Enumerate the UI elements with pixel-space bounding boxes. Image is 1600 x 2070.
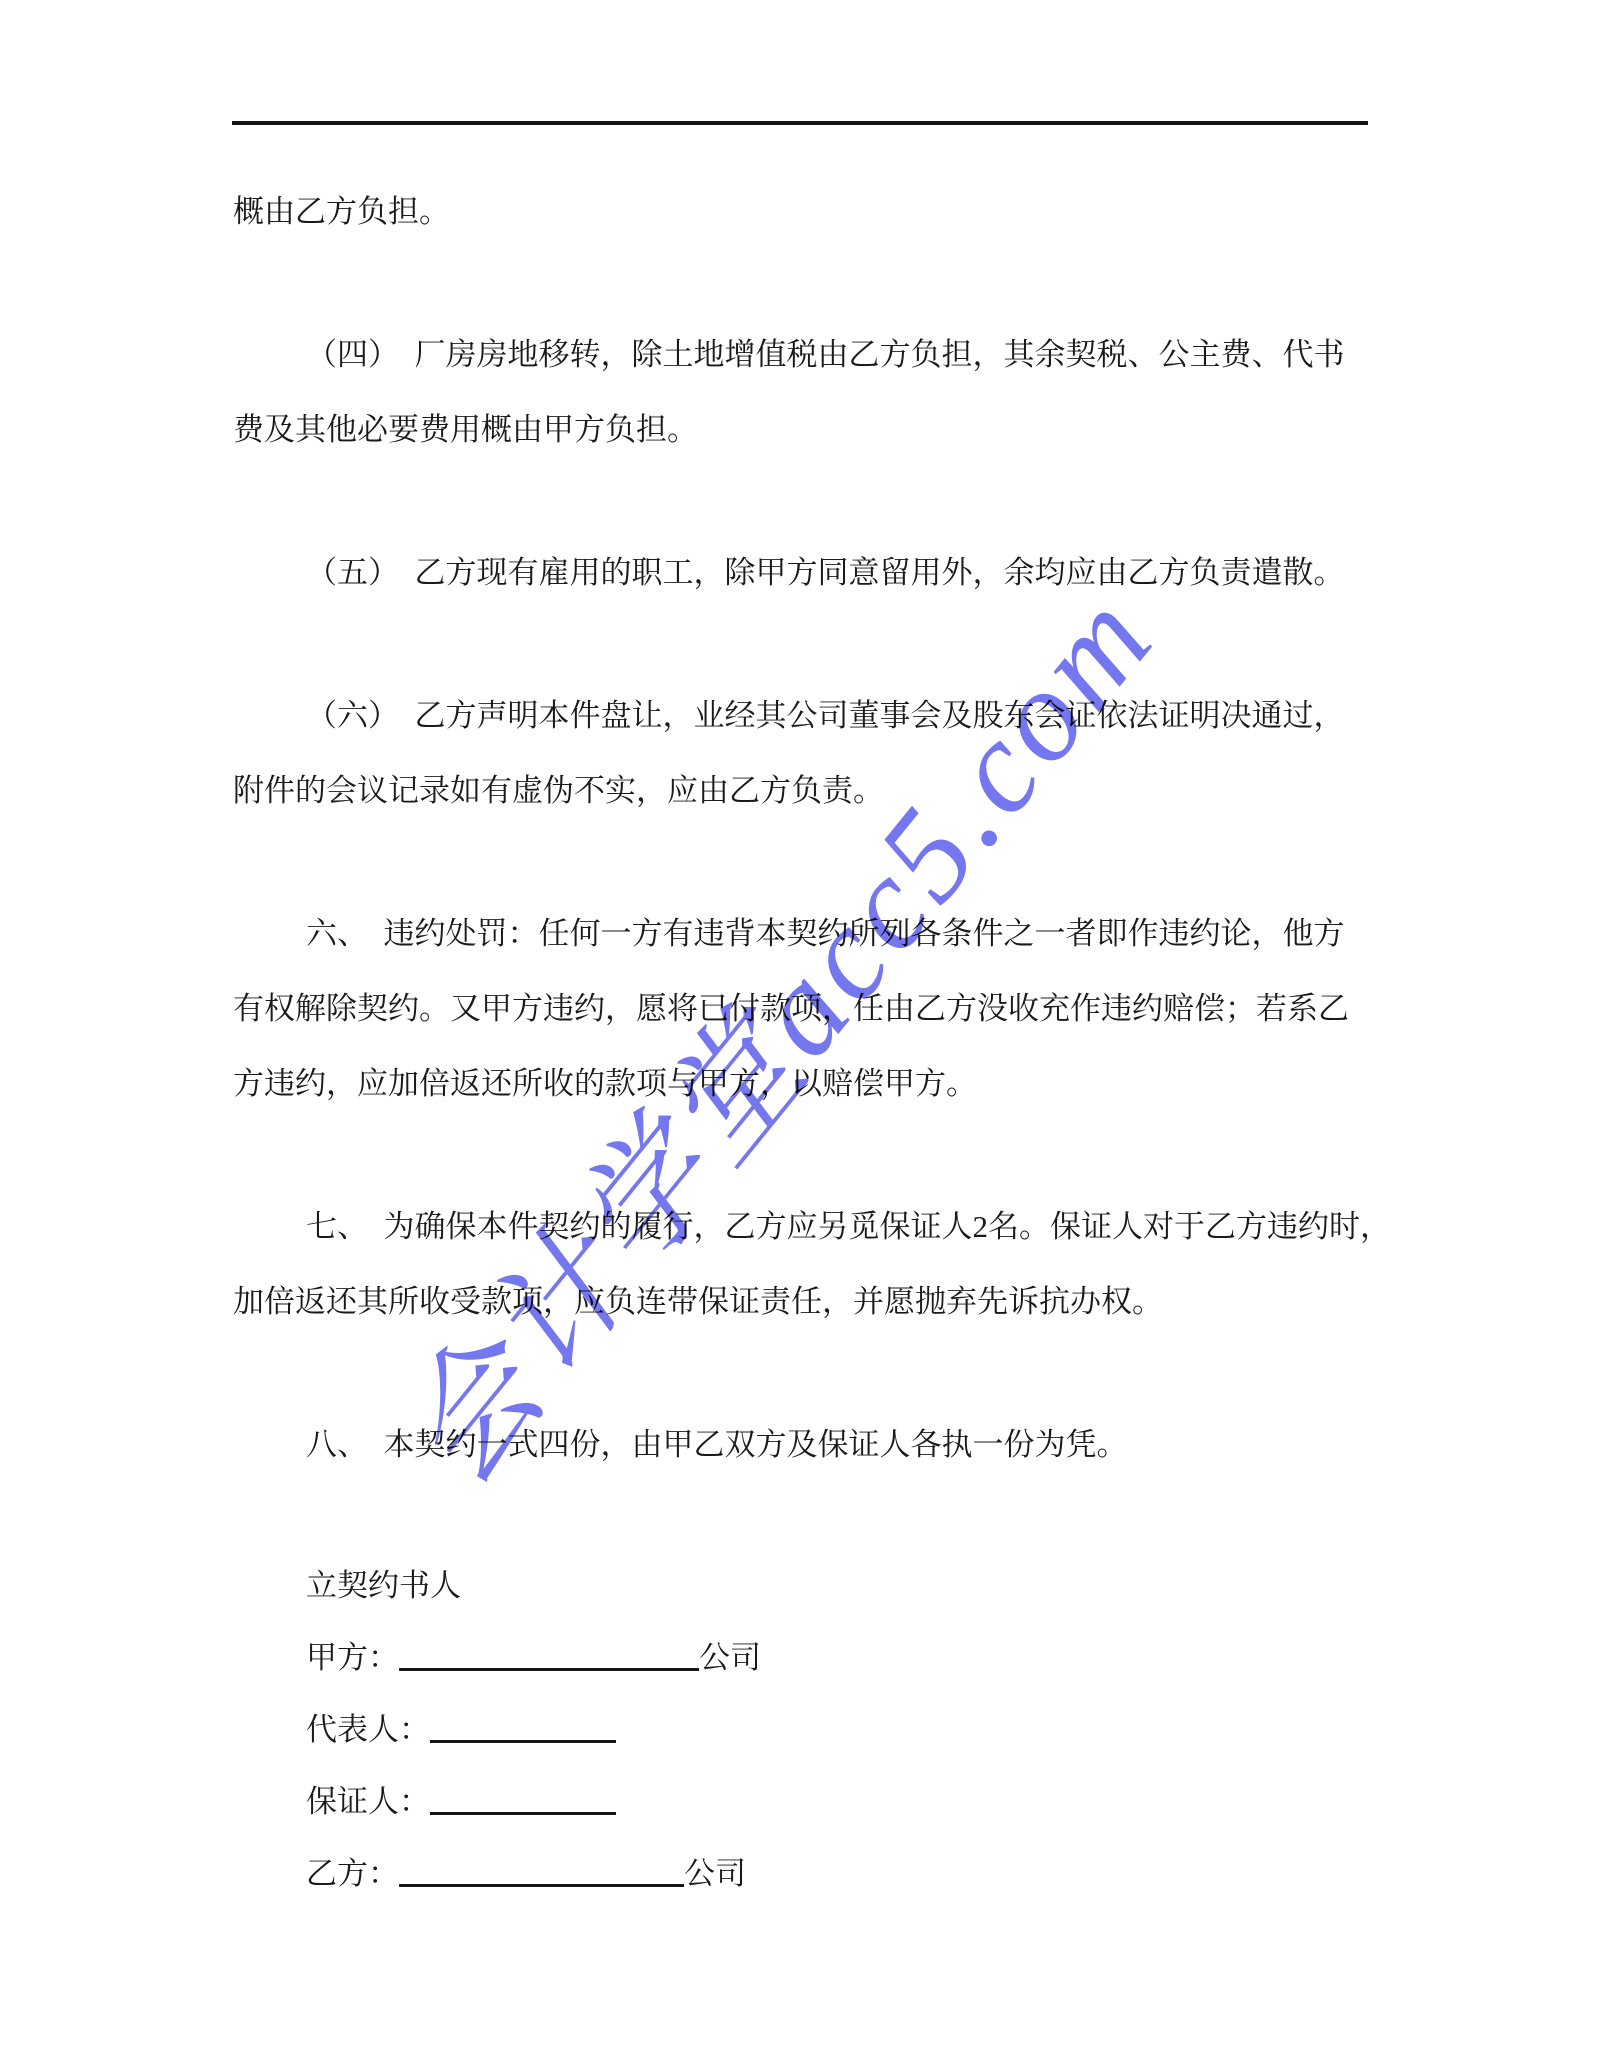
signature-label: 乙方： xyxy=(306,1856,399,1891)
paragraph-line: 附件的会议记录如有虚伪不实，应由乙方负责。 xyxy=(233,753,1373,828)
signature-suffix: 公司 xyxy=(699,1640,761,1675)
paragraph-line: 方违约，应加倍返还所收的款项与甲方，以赔偿甲方。 xyxy=(233,1046,1373,1121)
paragraph-line: 六、 违约处罚：任何一方有违背本契约所列各条件之一者即作违约论，他方 xyxy=(233,896,1373,971)
signature-row: 保证人： xyxy=(233,1766,1373,1838)
signature-rows: 甲方：公司代表人：保证人：乙方：公司 xyxy=(233,1622,1373,1910)
signature-block: 立契约书人 甲方：公司代表人：保证人：乙方：公司 xyxy=(233,1550,1373,1910)
paragraph-line: 八、 本契约一式四份，由甲乙双方及保证人各执一份为凭。 xyxy=(233,1407,1373,1482)
paragraph: （五） 乙方现有雇用的职工，除甲方同意留用外，余均应由乙方负责遣散。 xyxy=(233,535,1373,610)
paragraph-line: （六） 乙方声明本件盘让，业经其公司董事会及股东会证依法证明决通过， xyxy=(233,678,1373,753)
signature-row: 乙方：公司 xyxy=(233,1838,1373,1910)
header-rule xyxy=(232,121,1368,125)
signature-row: 甲方：公司 xyxy=(233,1622,1373,1694)
paragraph: 七、 为确保本件契约的履行，乙方应另觅保证人2名。保证人对于乙方违约时，加倍返还… xyxy=(233,1189,1373,1339)
paragraph-line: 费及其他必要费用概由甲方负担。 xyxy=(233,392,1373,467)
paragraphs: 概由乙方负担。（四） 厂房房地移转，除土地增值税由乙方负担，其余契税、公主费、代… xyxy=(233,174,1373,1482)
signature-suffix: 公司 xyxy=(684,1856,746,1891)
paragraph-line: 有权解除契约。又甲方违约，愿将已付款项，任由乙方没收充作违约赔偿；若系乙 xyxy=(233,971,1373,1046)
signature-label: 代表人： xyxy=(306,1712,430,1747)
document-page: 概由乙方负担。（四） 厂房房地移转，除土地增值税由乙方负担，其余契税、公主费、代… xyxy=(0,0,1600,2070)
paragraph: （四） 厂房房地移转，除土地增值税由乙方负担，其余契税、公主费、代书费及其他必要… xyxy=(233,317,1373,467)
paragraph: 概由乙方负担。 xyxy=(233,174,1373,249)
signature-label: 甲方： xyxy=(306,1640,399,1675)
paragraph-line: 七、 为确保本件契约的履行，乙方应另觅保证人2名。保证人对于乙方违约时， xyxy=(233,1189,1373,1264)
paragraph-line: 加倍返还其所收受款项，应负连带保证责任，并愿抛弃先诉抗办权。 xyxy=(233,1264,1373,1339)
paragraph-line: （四） 厂房房地移转，除土地增值税由乙方负担，其余契税、公主费、代书 xyxy=(233,317,1373,392)
signature-row: 代表人： xyxy=(233,1694,1373,1766)
paragraph-line: （五） 乙方现有雇用的职工，除甲方同意留用外，余均应由乙方负责遣散。 xyxy=(233,535,1373,610)
signature-blank-line xyxy=(430,1811,616,1815)
paragraph: 六、 违约处罚：任何一方有违背本契约所列各条件之一者即作违约论，他方有权解除契约… xyxy=(233,896,1373,1121)
signature-blank-line xyxy=(399,1883,684,1887)
paragraph-line: 概由乙方负担。 xyxy=(233,174,1373,249)
paragraph: （六） 乙方声明本件盘让，业经其公司董事会及股东会证依法证明决通过，附件的会议记… xyxy=(233,678,1373,828)
paragraph: 八、 本契约一式四份，由甲乙双方及保证人各执一份为凭。 xyxy=(233,1407,1373,1482)
signature-title: 立契约书人 xyxy=(233,1550,1373,1622)
signature-blank-line xyxy=(399,1667,699,1671)
contract-body: 概由乙方负担。（四） 厂房房地移转，除土地增值税由乙方负担，其余契税、公主费、代… xyxy=(233,174,1373,1910)
signature-blank-line xyxy=(430,1739,616,1743)
signature-label: 保证人： xyxy=(306,1784,430,1819)
